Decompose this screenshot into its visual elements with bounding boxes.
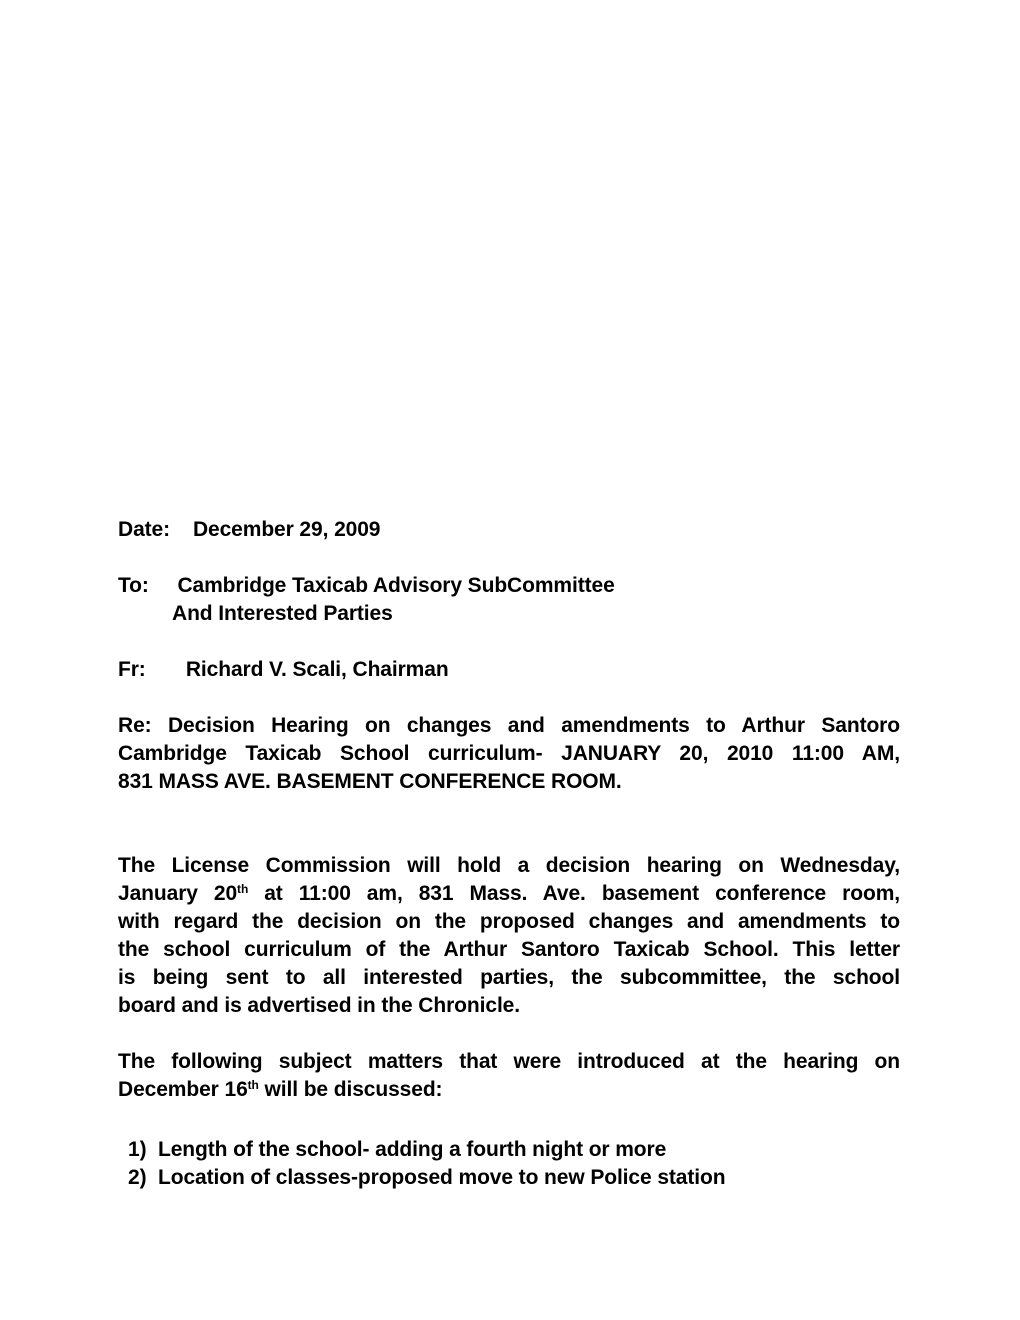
re-line-3: 831 MASS AVE. BASEMENT CONFERENCE ROOM. (118, 768, 900, 796)
list-item-1-number: 1) (128, 1136, 158, 1164)
body-line-2: January 20th at 11:00 am, 831 Mass. Ave.… (118, 880, 900, 908)
list-item-2-text: Location of classes-proposed move to new… (158, 1164, 900, 1192)
body-line-4: the school curriculum of the Arthur Sant… (118, 936, 900, 964)
date-line: Date: December 29, 2009 (118, 516, 900, 544)
memo-content: Date: December 29, 2009 To: Cambridge Ta… (118, 516, 900, 1192)
body-line-6: board and is advertised in the Chronicle… (118, 992, 900, 1020)
superscript-th: th (248, 1078, 259, 1092)
following-line-2: December 16th will be discussed: (118, 1076, 900, 1104)
memo-page: Date: December 29, 2009 To: Cambridge Ta… (0, 0, 1020, 1320)
list-item-2-number: 2) (128, 1164, 158, 1192)
following-line-2-post: will be discussed: (259, 1078, 443, 1101)
body-line-2-post: at 11:00 am, 831 Mass. Ave. basement con… (248, 882, 900, 905)
list-item: 1) Length of the school- adding a fourth… (118, 1136, 900, 1164)
re-line-1: Re: Decision Hearing on changes and amen… (118, 712, 900, 740)
to-block: To: Cambridge Taxicab Advisory SubCommit… (118, 572, 900, 628)
body-line-3: with regard the decision on the proposed… (118, 908, 900, 936)
from-line: Fr: Richard V. Scali, Chairman (118, 656, 900, 684)
list-item-1-text: Length of the school- adding a fourth ni… (158, 1136, 900, 1164)
to-line-2: And Interested Parties (118, 600, 900, 628)
body-line-2-pre: January 20 (118, 882, 237, 905)
following-line-2-pre: December 16 (118, 1078, 248, 1101)
re-line-2: Cambridge Taxicab School curriculum- JAN… (118, 740, 900, 768)
superscript-th: th (237, 882, 248, 896)
list-item: 2) Location of classes-proposed move to … (118, 1164, 900, 1192)
re-section: Re: Decision Hearing on changes and amen… (118, 712, 900, 796)
to-line: To: Cambridge Taxicab Advisory SubCommit… (118, 572, 900, 600)
following-line-1: The following subject matters that were … (118, 1048, 900, 1076)
body-paragraph: The License Commission will hold a decis… (118, 852, 900, 1020)
following-paragraph: The following subject matters that were … (118, 1048, 900, 1104)
agenda-list: 1) Length of the school- adding a fourth… (118, 1136, 900, 1192)
body-line-5: is being sent to all interested parties,… (118, 964, 900, 992)
body-line-1: The License Commission will hold a decis… (118, 852, 900, 880)
